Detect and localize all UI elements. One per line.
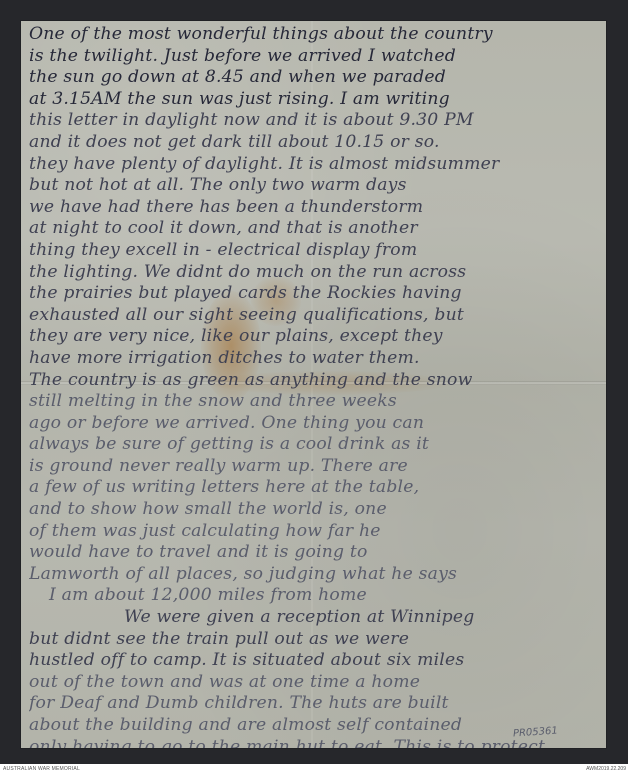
text-line: this letter in daylight now and it is ab…	[29, 110, 598, 132]
text-line: thing they excell in - electrical displa…	[29, 240, 598, 262]
text-line: Lamworth of all places, so judging what …	[29, 564, 598, 586]
text-line: is the twilight. Just before we arrived …	[29, 46, 598, 68]
text-line: always be sure of getting is a cool drin…	[29, 434, 598, 456]
text-line: We were given a reception at Winnipeg	[29, 607, 598, 629]
text-line: is ground never really warm up. There ar…	[29, 456, 598, 478]
text-line: the prairies but played cards the Rockie…	[29, 283, 598, 305]
text-line: The country is as green as anything and …	[29, 370, 598, 392]
text-line: the sun go down at 8.45 and when we para…	[29, 67, 598, 89]
text-line: and to show how small the world is, one	[29, 499, 598, 521]
text-line: they have plenty of daylight. It is almo…	[29, 154, 598, 176]
text-line: but not hot at all. The only two warm da…	[29, 175, 598, 197]
text-line: still melting in the snow and three week…	[29, 391, 598, 413]
text-line: out of the town and was at one time a ho…	[29, 672, 598, 694]
text-line: we have had there has been a thunderstor…	[29, 197, 598, 219]
text-line: have more irrigation ditches to water th…	[29, 348, 598, 370]
text-line: exhausted all our sight seeing qualifica…	[29, 305, 598, 327]
text-line: I am about 12,000 miles from home	[29, 585, 598, 607]
text-line: they are very nice, like our plains, exc…	[29, 326, 598, 348]
institution-label: AUSTRALIAN WAR MEMORIAL	[3, 766, 80, 772]
text-line: but didnt see the train pull out as we w…	[29, 629, 598, 651]
footer-bar: AUSTRALIAN WAR MEMORIAL AWM2019.22.209	[0, 764, 628, 773]
text-line: of them was just calculating how far he	[29, 521, 598, 543]
text-line: and it does not get dark till about 10.1…	[29, 132, 598, 154]
text-line: a few of us writing letters here at the …	[29, 477, 598, 499]
text-line: the lighting. We didnt do much on the ru…	[29, 262, 598, 284]
text-line: ago or before we arrived. One thing you …	[29, 413, 598, 435]
letter-page: One of the most wonderful things about t…	[21, 21, 606, 748]
text-line: hustled off to camp. It is situated abou…	[29, 650, 598, 672]
text-line: would have to travel and it is going to	[29, 542, 598, 564]
handwritten-text: One of the most wonderful things about t…	[29, 24, 598, 748]
reference-number: AWM2019.22.209	[586, 766, 626, 772]
text-line: at 3.15AM the sun was just rising. I am …	[29, 89, 598, 111]
text-line: at night to cool it down, and that is an…	[29, 218, 598, 240]
text-line: for Deaf and Dumb children. The huts are…	[29, 693, 598, 715]
text-line: One of the most wonderful things about t…	[29, 24, 598, 46]
